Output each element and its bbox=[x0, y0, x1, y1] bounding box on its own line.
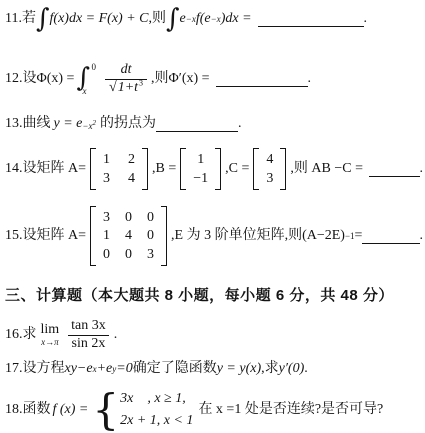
matrix-bracket-right bbox=[142, 148, 148, 190]
q14-text: 设矩阵 A= bbox=[23, 161, 87, 178]
matrix-cell: 4 bbox=[125, 227, 132, 245]
question-18: 18. 函数 f (x) = { 3x, x ≥ 1, 2x + 1, x < … bbox=[5, 388, 423, 432]
q13-exponent: −x2 bbox=[82, 123, 96, 126]
matrix-cell: 3 bbox=[266, 170, 273, 188]
matrix-cell: 1 bbox=[103, 227, 110, 245]
integral-lower-bound: x bbox=[82, 86, 86, 97]
piecewise-definition: { 3x, x ≥ 1, 2x + 1, x < 1 bbox=[90, 388, 193, 431]
matrix-cell: 3 bbox=[147, 246, 154, 264]
q13-nested-exponent: 2 bbox=[92, 119, 96, 127]
q11-period: . bbox=[364, 11, 368, 28]
q13-number: 13. bbox=[5, 116, 23, 133]
matrix-cell: 4 bbox=[266, 151, 273, 169]
question-16: 16. 求 lim x→π tan 3x sin 2x . bbox=[5, 314, 423, 356]
piecewise-case: 3x, x ≥ 1, bbox=[120, 388, 193, 410]
q17-equation: +e bbox=[97, 361, 113, 378]
q14-answer-blank bbox=[369, 162, 420, 177]
q13-text: 曲线 bbox=[23, 116, 51, 133]
radicand-exponent: 3 bbox=[139, 78, 143, 87]
q17-text: 设方程 bbox=[23, 361, 65, 378]
q12-fraction: dt √1+t3 bbox=[105, 62, 147, 95]
q11-text: ,则 bbox=[149, 11, 167, 28]
q12-number: 12. bbox=[5, 71, 23, 88]
limit-label: lim bbox=[41, 323, 60, 337]
fraction-numerator: tan 3x bbox=[67, 318, 110, 334]
matrix-grid: 4 3 bbox=[259, 148, 280, 190]
q17-equation: xy−e bbox=[65, 361, 93, 378]
q11-text: 若 bbox=[22, 11, 36, 28]
q12-period: . bbox=[308, 71, 312, 88]
matrix-cell: 0 bbox=[103, 246, 110, 264]
matrix-grid: 3 0 0 1 4 0 0 0 3 bbox=[96, 206, 161, 267]
q17-text: ,求 bbox=[261, 361, 279, 378]
limit-operator: lim x→π bbox=[41, 323, 60, 347]
q16-text: 求 bbox=[23, 327, 37, 344]
brace-icon: { bbox=[92, 393, 119, 427]
integral-upper-bound: 0 bbox=[91, 62, 96, 73]
q12-text: 设Φ(x) = bbox=[23, 71, 75, 88]
q14-text: ,C = bbox=[225, 161, 249, 178]
matrix-bracket-right bbox=[161, 206, 167, 267]
matrix-bracket-right bbox=[280, 148, 286, 190]
q18-number: 18. bbox=[5, 402, 23, 419]
matrix-cell: 0 bbox=[125, 209, 132, 227]
q14-text: ,B = bbox=[152, 161, 176, 178]
q11-expression: e bbox=[180, 11, 186, 28]
q18-text: 函数 bbox=[23, 402, 51, 419]
question-15: 15. 设矩阵 A= 3 0 0 1 4 0 0 0 3 ,E 为 3 阶单位矩… bbox=[5, 202, 423, 270]
q17-text: 确定了隐函数 bbox=[133, 361, 217, 378]
q11-expression: )dx = bbox=[221, 11, 252, 28]
matrix-cell: 1 bbox=[193, 151, 208, 169]
q13-answer-blank bbox=[156, 117, 238, 132]
question-12: 12. 设Φ(x) = ∫ 0 x dt √1+t3 ,则Φ′(x) = . bbox=[5, 54, 423, 104]
radical-icon: √ bbox=[109, 80, 117, 95]
matrix-b: 1 −1 bbox=[180, 148, 221, 190]
q11-expression: f(e bbox=[196, 11, 211, 28]
q17-number: 17. bbox=[5, 361, 23, 378]
section-heading: 三、计算题（本大题共 8 小题，每小题 6 分，共 48 分） bbox=[5, 286, 423, 306]
integral-icon: ∫ bbox=[36, 8, 50, 30]
q16-number: 16. bbox=[5, 327, 23, 344]
integral-with-bounds: ∫ 0 x bbox=[75, 65, 100, 94]
limit-subscript: x→π bbox=[41, 338, 59, 347]
matrix-a: 1 2 3 4 bbox=[90, 148, 148, 190]
piecewise-case: 2x + 1, x < 1 bbox=[120, 410, 193, 432]
question-14: 14. 设矩阵 A= 1 2 3 4 ,B = 1 −1 ,C = 4 bbox=[5, 146, 423, 192]
question-13: 13. 曲线 y = e−x2 的拐点为 . bbox=[5, 112, 423, 136]
matrix-cell: 1 bbox=[103, 151, 110, 169]
radicand: 1+t bbox=[117, 79, 139, 95]
q17-function: y = y(x) bbox=[217, 361, 261, 378]
q16-period: . bbox=[114, 327, 118, 344]
q17-period: . bbox=[304, 361, 308, 378]
q13-text: 的拐点为 bbox=[100, 116, 156, 133]
fraction-denominator: sin 2x bbox=[68, 335, 110, 352]
q17-derivative: y′(0) bbox=[279, 361, 305, 378]
q16-fraction: tan 3x sin 2x bbox=[67, 318, 110, 351]
q11-answer-blank bbox=[258, 12, 364, 27]
q15-text: = bbox=[355, 228, 363, 245]
fraction-denominator: √1+t3 bbox=[105, 79, 147, 96]
matrix-a: 3 0 0 1 4 0 0 0 3 bbox=[90, 206, 167, 267]
matrix-cell: 3 bbox=[103, 170, 110, 188]
q15-text: 设矩阵 A= bbox=[23, 228, 87, 245]
exam-page: 11. 若 ∫ f(x)dx = F(x) + C ,则 ∫ e−x f(e−x… bbox=[0, 0, 425, 433]
fraction-numerator: dt bbox=[117, 62, 136, 78]
matrix-c: 4 3 bbox=[253, 148, 286, 190]
q15-text: ,E 为 3 阶单位矩阵,则(A−2E) bbox=[171, 228, 345, 245]
q11-expression: f(x)dx = F(x) + C bbox=[50, 11, 149, 28]
q14-text: ,则 AB −C = bbox=[290, 161, 363, 178]
q15-number: 15. bbox=[5, 228, 23, 245]
q18-text: 在 x =1 处是否连续?是否可导? bbox=[198, 402, 383, 419]
matrix-cell: 2 bbox=[128, 151, 135, 169]
q11-number: 11. bbox=[5, 11, 22, 28]
q13-expression: y = e bbox=[54, 116, 83, 133]
q14-number: 14. bbox=[5, 161, 23, 178]
q18-function: f (x) = bbox=[53, 402, 89, 419]
integral-icon: ∫ bbox=[166, 8, 180, 30]
matrix-cell: 0 bbox=[147, 209, 154, 227]
matrix-grid: 1 −1 bbox=[186, 148, 215, 190]
question-11: 11. 若 ∫ f(x)dx = F(x) + C ,则 ∫ e−x f(e−x… bbox=[5, 6, 423, 32]
q15-period: . bbox=[420, 228, 424, 245]
matrix-cell: 0 bbox=[125, 246, 132, 264]
piecewise-cases: 3x, x ≥ 1, 2x + 1, x < 1 bbox=[120, 388, 193, 431]
matrix-bracket-right bbox=[215, 148, 221, 190]
matrix-grid: 1 2 3 4 bbox=[96, 148, 142, 190]
matrix-cell: 0 bbox=[147, 227, 154, 245]
section-title: 三、计算题（本大题共 8 小题，每小题 6 分，共 48 分） bbox=[5, 287, 394, 305]
matrix-cell: 3 bbox=[103, 209, 110, 227]
q12-answer-blank bbox=[216, 72, 308, 87]
q14-period: . bbox=[420, 161, 424, 178]
q13-period: . bbox=[238, 116, 242, 133]
q12-text: ,则Φ′(x) = bbox=[151, 71, 210, 88]
matrix-cell: 4 bbox=[128, 170, 135, 188]
question-17: 17. 设方程 xy−ex +ey =0 确定了隐函数 y = y(x) ,求 … bbox=[5, 358, 423, 380]
q15-answer-blank bbox=[362, 229, 419, 244]
q17-equation: =0 bbox=[116, 361, 132, 378]
matrix-cell: −1 bbox=[193, 170, 208, 188]
